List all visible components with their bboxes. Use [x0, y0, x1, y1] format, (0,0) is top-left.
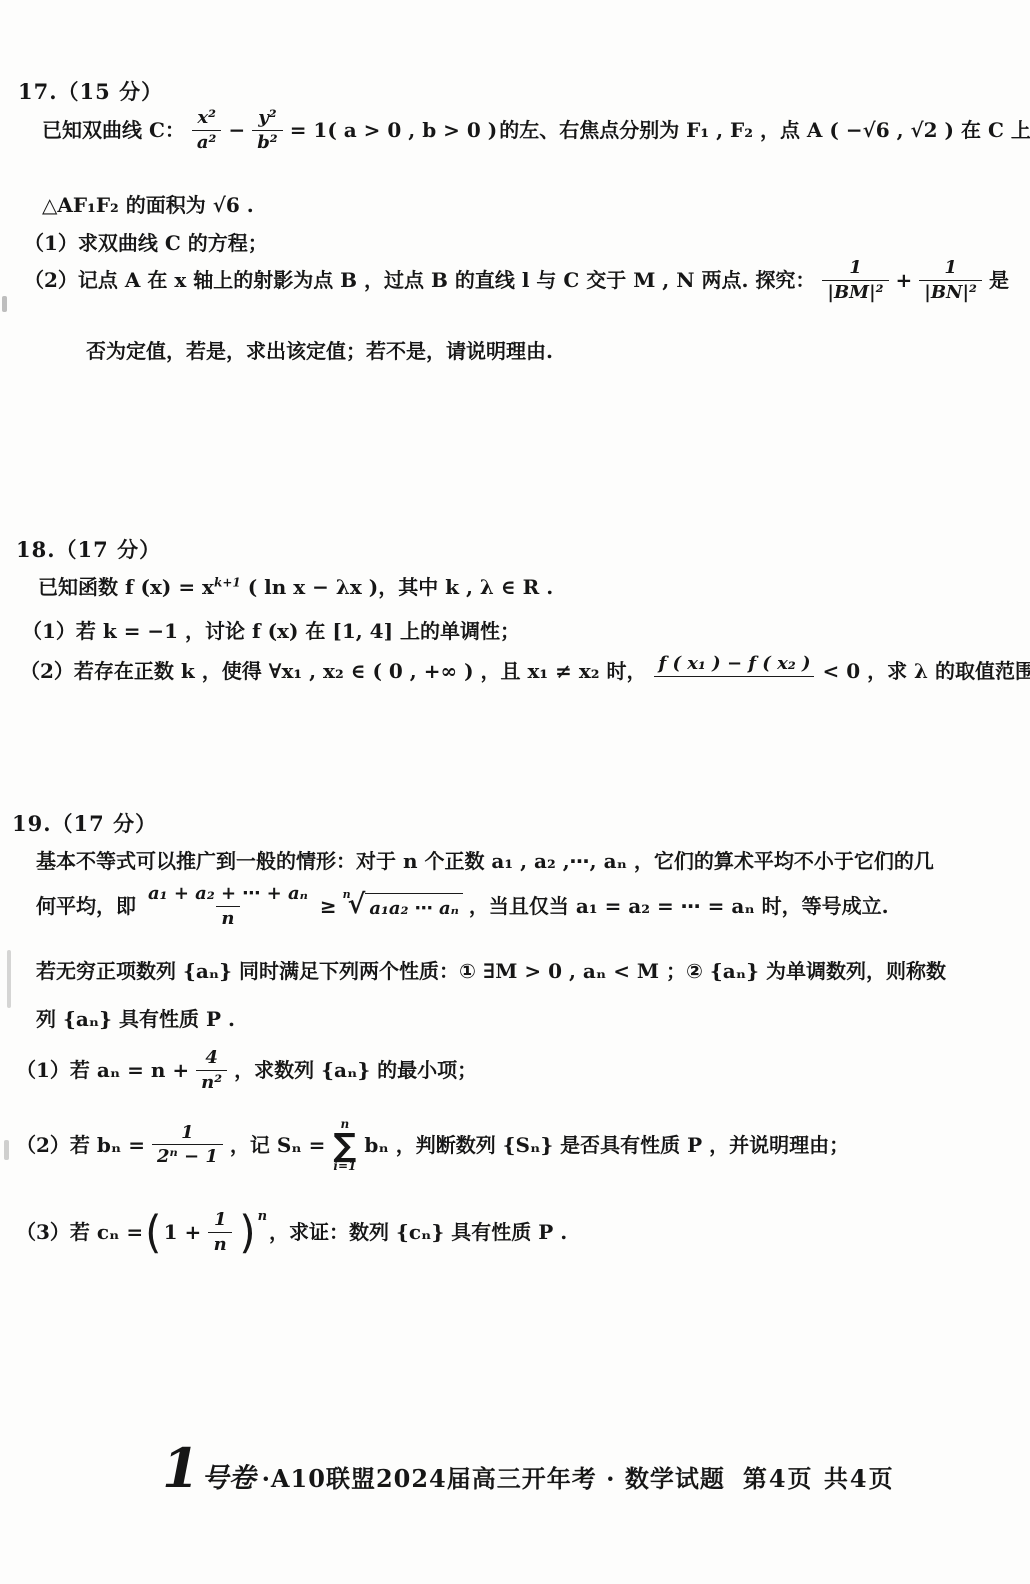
minus-sign: −: [228, 117, 245, 144]
q17-part2-post: 是: [989, 267, 1009, 294]
q17-heading: 17.（15 分）: [18, 78, 163, 106]
q19-line1: 基本不等式可以推广到一般的情形：对于 n 个正数 a₁ , a₂ ,⋯, aₙ …: [36, 848, 934, 875]
q17-intro-post: 的左、右焦点分别为 F₁ , F₂ ，点 A ( −√6 , √2 ) 在 C …: [499, 117, 1030, 144]
numerator: y²: [253, 108, 281, 130]
q18-heading: 18.（17 分）: [16, 536, 161, 564]
radical-sign: √: [348, 893, 366, 917]
summation: n ∑ i=1: [333, 1118, 356, 1172]
q18-part1: （1）若 k = −1 ，讨论 f (x) 在 [1, 4] 上的单调性；: [22, 618, 520, 645]
numerator: 1: [209, 1210, 232, 1232]
brand-logo-script: 号卷: [202, 1456, 256, 1495]
fraction-4-n2: 4 n²: [196, 1048, 227, 1093]
fraction-1-bn2: 1 |BN|²: [919, 258, 982, 303]
q19-part2-line: （2）若 bₙ = 1 2ⁿ − 1 ，记 Sₙ = n ∑ i=1 bₙ ，判…: [16, 1118, 849, 1172]
q19-part3-pre: （3）若 cₙ =: [16, 1219, 143, 1246]
q17-intro-pre: 已知双曲线 C：: [42, 117, 185, 144]
q19-part3-inner-pre: 1 +: [164, 1219, 202, 1246]
footer-page-info: 第4页 共4页: [743, 1459, 895, 1494]
fraction-f-diff: f ( x₁ ) − f ( x₂ ): [653, 654, 815, 689]
q18-fn-pre: 已知函数 f (x) = x: [38, 574, 214, 601]
numerator: f ( x₁ ) − f ( x₂ ): [653, 654, 815, 676]
fraction-1-bm2: 1 |BM|²: [822, 258, 888, 303]
fraction-x2-a2: x² a²: [192, 108, 222, 153]
q17-area-line: △AF₁F₂ 的面积为 √6 .: [42, 192, 254, 219]
q19-line2-pre: 何平均，即: [36, 893, 136, 920]
denominator: |BN|²: [919, 280, 982, 304]
q19-line2-post: ，当且仅当 a₁ = a₂ = ⋯ = aₙ 时，等号成立.: [469, 893, 889, 920]
scan-artifact: [4, 1140, 9, 1160]
q17-part2-pre: （2）记点 A 在 x 轴上的射影为点 B ，过点 B 的直线 l 与 C 交于…: [24, 267, 815, 294]
q19-part2-mid: ，记 Sₙ =: [230, 1132, 326, 1159]
exponent-k-plus-1: k+1: [214, 575, 241, 589]
numerator: a₁ + a₂ + ⋯ + aₙ: [143, 884, 313, 906]
q19-part1-post: ，求数列 {aₙ} 的最小项；: [234, 1057, 477, 1084]
exponent-n: n: [258, 1208, 267, 1226]
q19-part1-line: （1）若 aₙ = n + 4 n² ，求数列 {aₙ} 的最小项；: [16, 1048, 477, 1093]
denominator: a²: [192, 130, 222, 154]
numerator: x²: [192, 108, 221, 130]
q19-line3: 若无穷正项数列 {aₙ} 同时满足下列两个性质：① ∃M > 0 , aₙ < …: [36, 958, 946, 985]
scan-artifact: [2, 296, 7, 312]
denominator: n²: [196, 1070, 227, 1094]
q19-part3-post: ，求证：数列 {cₙ} 具有性质 P .: [269, 1219, 567, 1246]
geq-sign: ≥: [320, 893, 337, 920]
nth-root: n √ a₁a₂ ⋯ aₙ: [343, 893, 463, 921]
numerator: 1: [176, 1123, 199, 1145]
q17-intro-line: 已知双曲线 C： x² a² − y² b² = 1( a > 0 , b > …: [42, 108, 1030, 153]
numerator: 4: [200, 1048, 223, 1070]
q19-part2-post: bₙ ，判断数列 {Sₙ} 是否具有性质 P ，并说明理由；: [364, 1132, 849, 1159]
denominator: n: [208, 1232, 232, 1256]
fraction-y2-b2: y² b²: [252, 108, 282, 153]
fraction-1-2n-1: 1 2ⁿ − 1: [152, 1123, 223, 1168]
denominator: 2ⁿ − 1: [152, 1144, 223, 1168]
page-footer: 1 号卷 ·A10联盟2024届高三开年考 · 数学试题 第4页 共4页: [162, 1450, 895, 1495]
q18-part2-pre: （2）若存在正数 k ，使得 ∀x₁ , x₂ ∈ ( 0 , +∞ ) ，且 …: [20, 658, 646, 685]
footer-exam-title: ·A10联盟2024届高三开年考 · 数学试题: [262, 1459, 725, 1494]
fraction-arith-mean: a₁ + a₂ + ⋯ + aₙ n: [143, 884, 313, 929]
sigma-symbol: ∑: [333, 1130, 356, 1160]
q19-part3-line: （3）若 cₙ = ( 1 + 1 n ) n ，求证：数列 {cₙ} 具有性质…: [16, 1210, 567, 1255]
sum-lower-limit: i=1: [333, 1160, 356, 1172]
radicand: a₁a₂ ⋯ aₙ: [365, 893, 463, 921]
q17-part2-line: （2）记点 A 在 x 轴上的射影为点 B ，过点 B 的直线 l 与 C 交于…: [24, 258, 1009, 303]
denominator: n: [216, 906, 240, 930]
q18-part2-post: < 0 ，求 λ 的取值范围.: [822, 658, 1030, 685]
numerator: 1: [939, 258, 962, 280]
q18-fn-post: ( ln x − λx )，其中 k , λ ∈ R .: [248, 574, 554, 601]
left-paren: (: [145, 1215, 161, 1250]
q17-part2-cont: 否为定值，若是，求出该定值；若不是，请说明理由.: [86, 338, 553, 365]
q18-function-line: 已知函数 f (x) = xk+1 ( ln x − λx )，其中 k , λ…: [38, 574, 553, 601]
q17-part1: （1）求双曲线 C 的方程；: [24, 230, 268, 257]
q19-line2: 何平均，即 a₁ + a₂ + ⋯ + aₙ n ≥ n √ a₁a₂ ⋯ aₙ…: [36, 884, 889, 929]
q19-part2-pre: （2）若 bₙ =: [16, 1132, 145, 1159]
q17-equation-tail: = 1( a > 0 , b > 0 ): [290, 117, 498, 144]
q19-part1-pre: （1）若 aₙ = n +: [16, 1057, 189, 1084]
scan-artifact: [7, 950, 11, 1008]
right-paren: ): [239, 1215, 255, 1250]
denominator: b²: [252, 130, 282, 154]
q19-heading: 19.（17 分）: [12, 810, 157, 838]
plus-sign: +: [896, 267, 913, 294]
q19-line4: 列 {aₙ} 具有性质 P .: [36, 1006, 235, 1033]
exam-paper-page: 17.（15 分） 已知双曲线 C： x² a² − y² b² = 1( a …: [0, 0, 1030, 1584]
q18-part2-line: （2）若存在正数 k ，使得 ∀x₁ , x₂ ∈ ( 0 , +∞ ) ，且 …: [20, 654, 1030, 689]
brand-logo-number: 1: [162, 1450, 198, 1488]
numerator: 1: [844, 258, 867, 280]
fraction-1-n: 1 n: [208, 1210, 232, 1255]
denominator: |BM|²: [822, 280, 888, 304]
denominator: [654, 676, 814, 689]
